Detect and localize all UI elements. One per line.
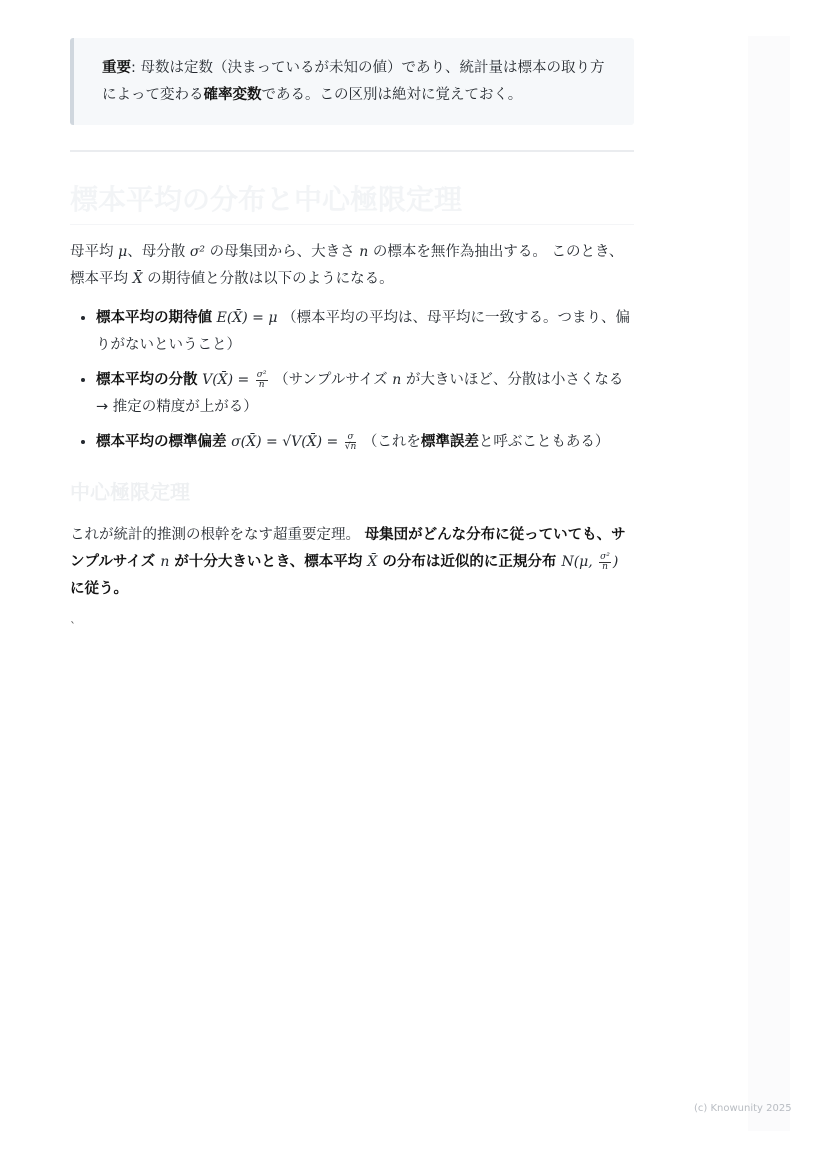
list-item-std-dev: 標本平均の標準偏差 σ(X̄) = √V(X̄) = σ√n （これを標準誤差と… <box>96 429 634 456</box>
fraction: σ²n <box>256 371 268 390</box>
list-item-variance: 標本平均の分散 V(X̄) = σ²n （サンプルサイズ n が大きいほど、分散… <box>96 367 634 421</box>
document-content: 重要: 母数は定数（決まっているが未知の値）であり、統計量は標本の取り方によって… <box>70 38 634 633</box>
divider <box>70 150 634 152</box>
fraction: σ√n <box>345 433 357 452</box>
callout-label: 重要 <box>102 60 131 76</box>
intro-paragraph: 母平均 μ、母分散 σ² の母集団から、大きさ n の標本を無作為抽出する。 こ… <box>70 239 634 293</box>
clt-paragraph: これが統計的推測の根幹をなす超重要定理。 母集団がどんな分布に従っていても、サン… <box>70 522 634 603</box>
section-heading: 標本平均の分布と中心極限定理 <box>70 180 634 225</box>
callout-bold: 確率変数 <box>204 87 262 103</box>
copyright-footer: (c) Knowunity 2025 <box>694 1103 792 1114</box>
callout-text-end: である。この区別は絶対に覚えておく。 <box>262 87 523 103</box>
formula: V(X̄) = <box>202 372 254 388</box>
side-panel <box>748 36 790 1131</box>
property-list: 標本平均の期待値 E(X̄) = μ （標本平均の平均は、母平均に一致する。つま… <box>70 305 634 456</box>
formula: σ(X̄) = √V(X̄) = <box>231 434 343 450</box>
fraction: σ²n <box>599 553 611 572</box>
stray-mark: ` <box>70 621 634 633</box>
formula: E(X̄) = μ <box>217 310 278 326</box>
list-item-expectation: 標本平均の期待値 E(X̄) = μ （標本平均の平均は、母平均に一致する。つま… <box>96 305 634 359</box>
important-callout: 重要: 母数は定数（決まっているが未知の値）であり、統計量は標本の取り方によって… <box>70 38 634 125</box>
subsection-heading: 中心極限定理 <box>70 476 634 508</box>
